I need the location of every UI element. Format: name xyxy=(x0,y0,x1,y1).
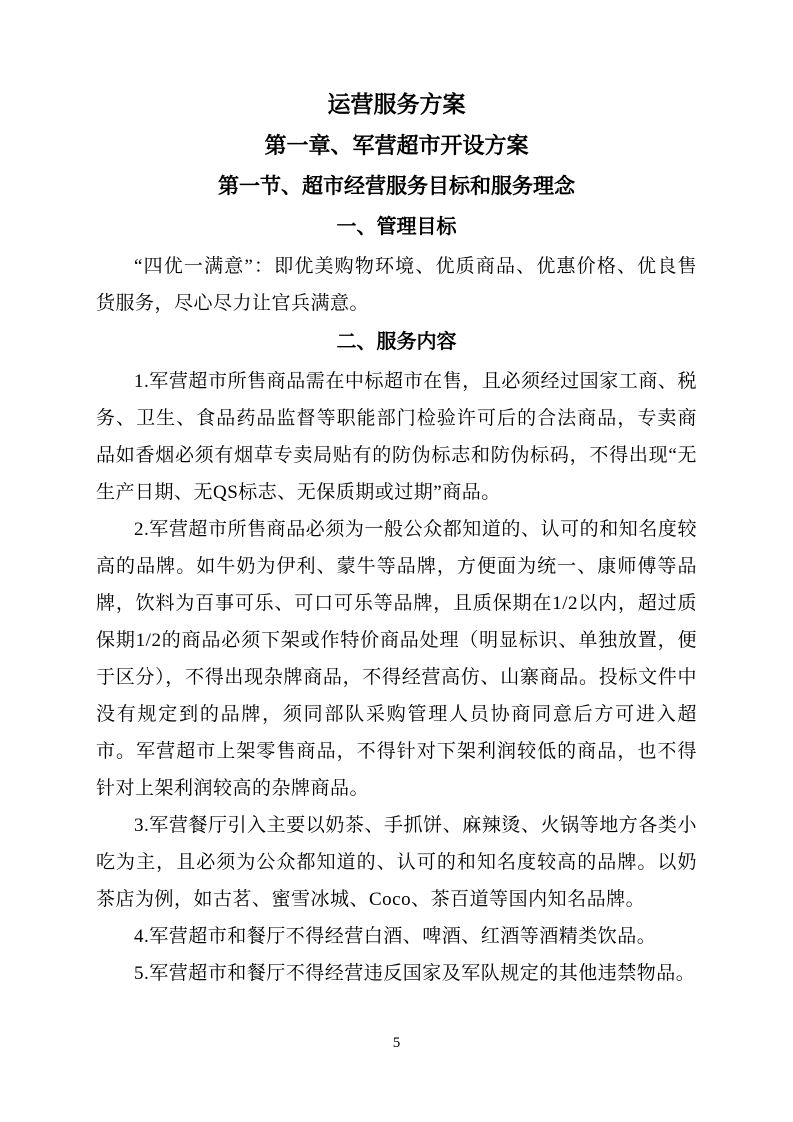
paragraph-service-item-4: 4.军营超市和餐厅不得经营白酒、啤酒、红酒等酒精类饮品。 xyxy=(96,918,697,955)
document-page: 运营服务方案 第一章、军营超市开设方案 第一节、超市经营服务目标和服务理念 一、… xyxy=(0,0,793,1122)
heading-management-goal: 一、管理目标 xyxy=(96,207,697,248)
paragraph-service-item-2: 2.军营超市所售商品必须为一般公众都知道的、认可的和知名度较高的品牌。如牛奶为伊… xyxy=(96,511,697,807)
paragraph-management-goal: “四优一满意”：即优美购物环境、优质商品、优惠价格、优良售货服务，尽心尽力让官兵… xyxy=(96,248,697,322)
page-number: 5 xyxy=(0,1035,793,1052)
chapter-heading: 第一章、军营超市开设方案 xyxy=(96,125,697,166)
paragraph-service-item-1: 1.军营超市所售商品需在中标超市在售，且必须经过国家工商、税务、卫生、食品药品监… xyxy=(96,363,697,511)
paragraph-service-item-3: 3.军营餐厅引入主要以奶茶、手抓饼、麻辣烫、火锅等地方各类小吃为主，且必须为公众… xyxy=(96,807,697,918)
document-content: 运营服务方案 第一章、军营超市开设方案 第一节、超市经营服务目标和服务理念 一、… xyxy=(0,0,793,992)
document-title: 运营服务方案 xyxy=(96,84,697,125)
paragraph-service-item-5: 5.军营超市和餐厅不得经营违反国家及军队规定的其他违禁物品。 xyxy=(96,955,697,992)
heading-service-content: 二、服务内容 xyxy=(96,322,697,363)
section-heading: 第一节、超市经营服务目标和服务理念 xyxy=(96,166,697,207)
